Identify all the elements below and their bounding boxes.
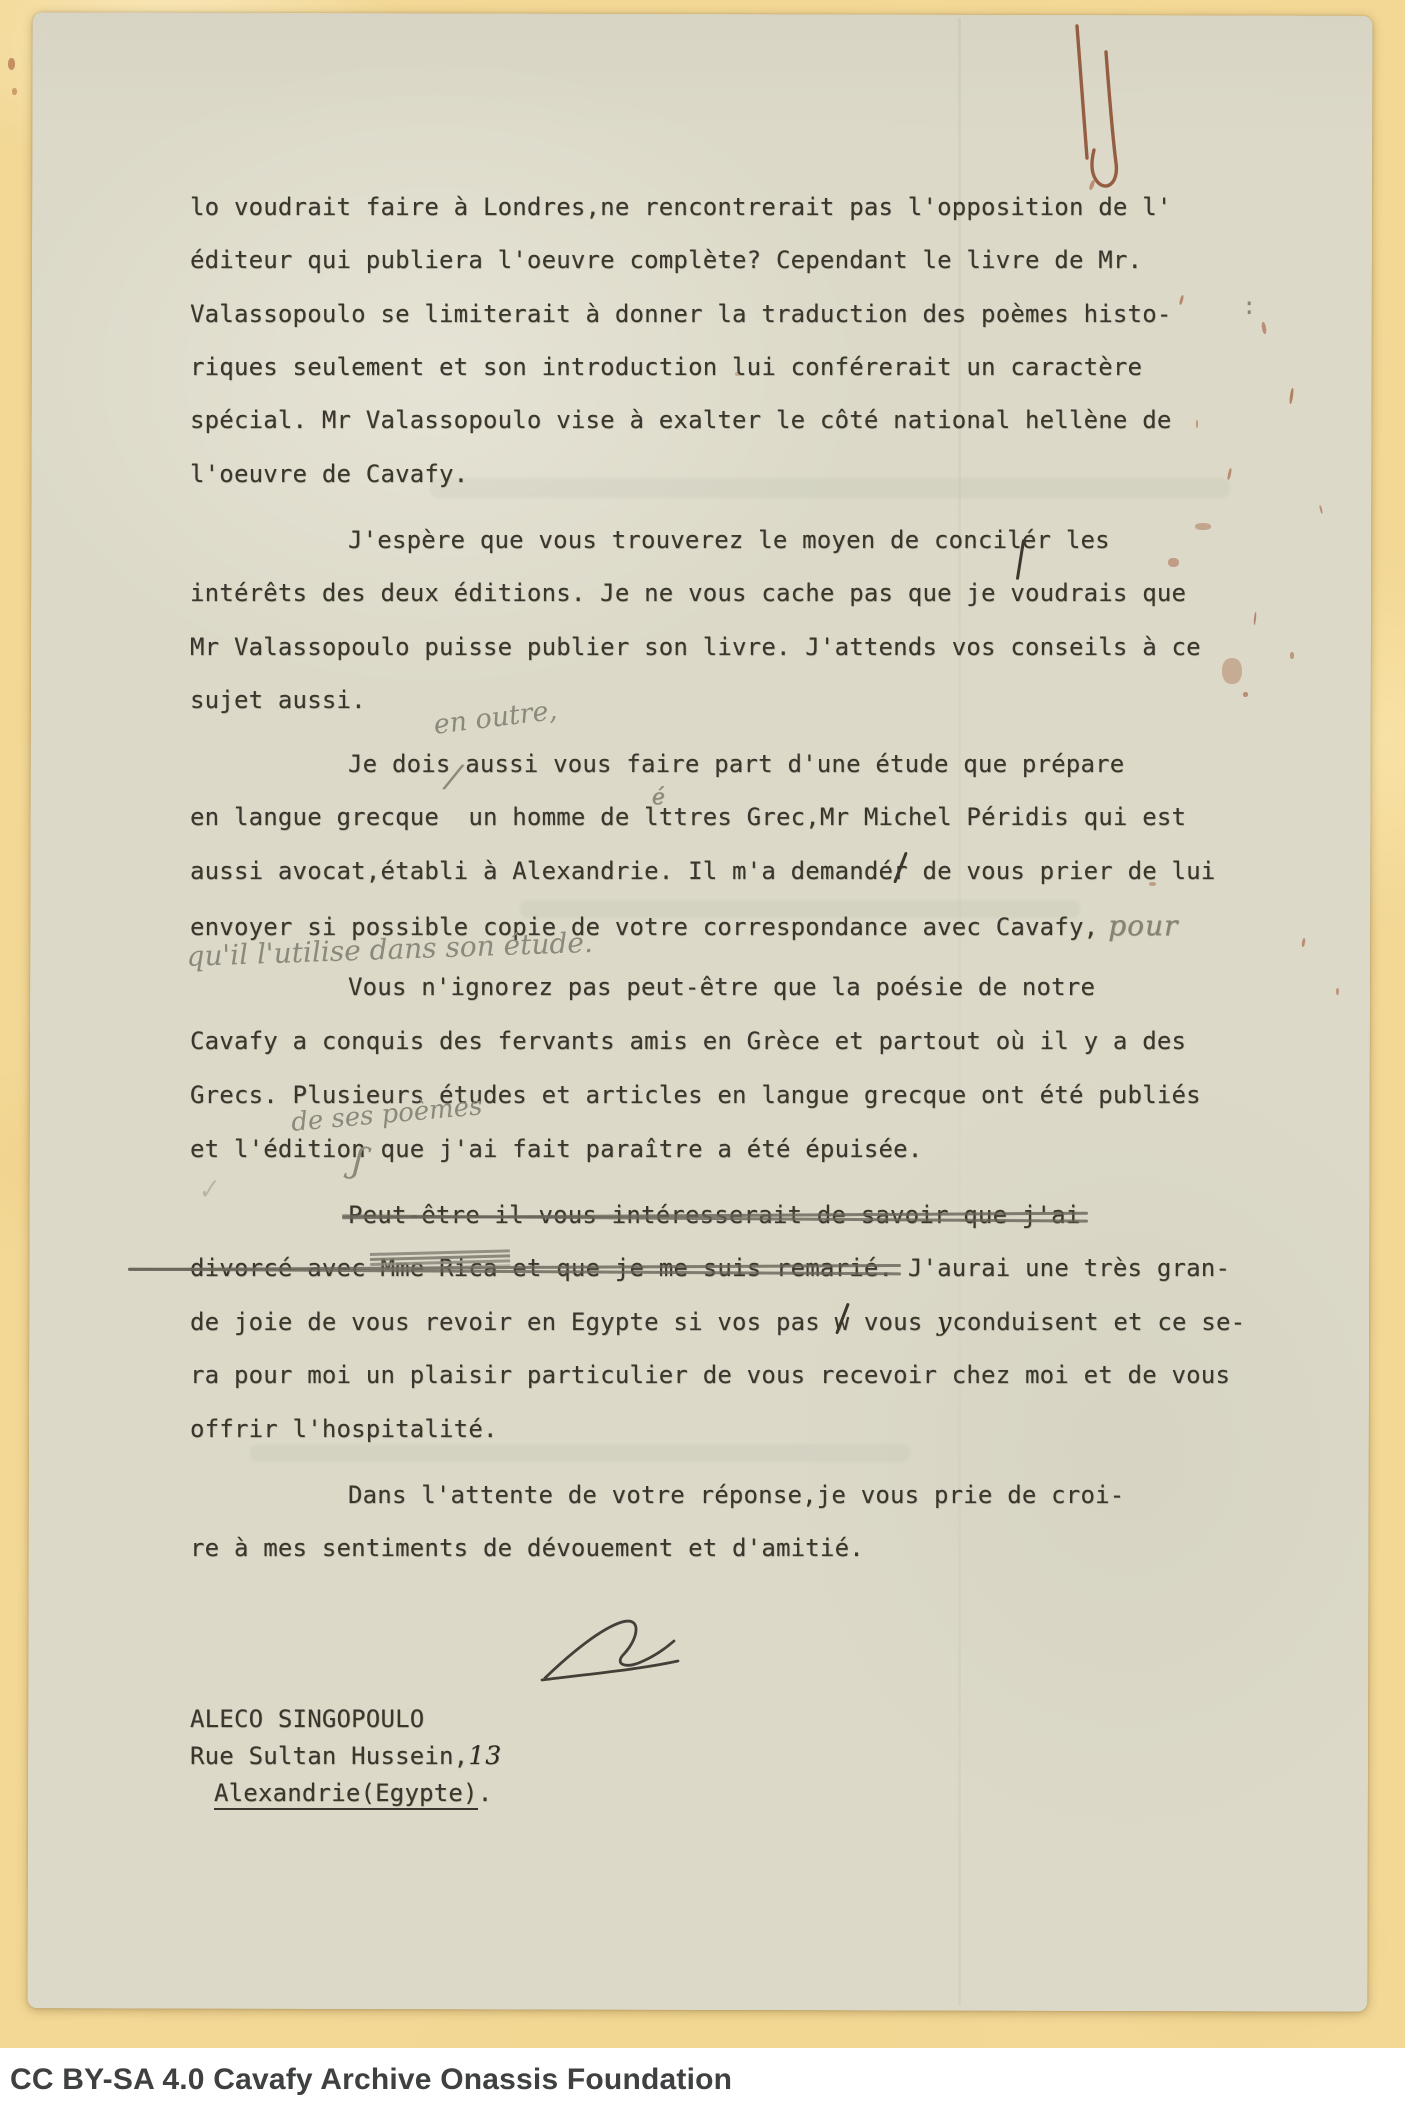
letter-line: éditeur qui publiera l'oeuvre complète? …: [190, 245, 1142, 275]
typed-text: riques seulement et son introduction lui…: [190, 353, 1142, 381]
letter-line: ALECO SINGOPOULO: [190, 1704, 424, 1734]
typed-text: lo voudrait faire à Londres,ne rencontre…: [190, 193, 1172, 221]
letter-line: spécial. Mr Valassopoulo vise à exalter …: [190, 405, 1172, 435]
typed-text-hwink: 13: [468, 1741, 502, 1770]
letter-line: offrir l'hospitalité.: [190, 1414, 498, 1444]
typed-text: ér les: [1022, 526, 1110, 554]
letter-line: J'espère que vous trouverez le moyen de …: [348, 525, 1110, 555]
typed-text: l'oeuvre de Cavafy.: [190, 460, 468, 488]
rust-stain: [1243, 692, 1248, 697]
letter-line: Dans l'attente de votre réponse,je vous …: [348, 1480, 1124, 1510]
typed-text: Valassopoulo se limiterait à donner la t…: [190, 300, 1172, 328]
typed-text: Mr Valassopoulo puisse publier son livre…: [190, 633, 1201, 661]
typed-text: ALECO SINGOPOULO: [190, 1705, 424, 1733]
typed-text: Vous n'ignorez pas peut-être que la poés…: [348, 973, 1095, 1001]
typed-text-hwink: y: [937, 1307, 952, 1336]
letter-line: divorcé avec Mme Rica et que je me suis …: [190, 1253, 1230, 1283]
typed-text: J'espère que vous trouverez le moyen de …: [348, 526, 1022, 554]
typed-text-struck: Peut-être il vous intéresserait de savoi…: [348, 1201, 1080, 1229]
letter-line: Rue Sultan Hussein,13: [190, 1741, 502, 1771]
rust-stain: [1290, 652, 1294, 659]
typed-text: éditeur qui publiera l'oeuvre complète? …: [190, 246, 1142, 274]
license-footer: CC BY-SA 4.0 Cavafy Archive Onassis Foun…: [0, 2048, 1405, 2112]
typed-text: .: [478, 1779, 493, 1807]
typed-text: intérêts des deux éditions. Je ne vous c…: [190, 579, 1186, 607]
typed-text: aussi avocat,établi à Alexandrie. Il m'a…: [190, 857, 893, 885]
letter-line: re à mes sentiments de dévouement et d'a…: [190, 1533, 864, 1563]
typed-text: ra pour moi un plaisir particulier de vo…: [190, 1361, 1230, 1389]
letter-line: Valassopoulo se limiterait à donner la t…: [190, 299, 1172, 329]
typed-text: en langue grecque un homme de l: [190, 803, 659, 831]
letter-line: Vous n'ignorez pas peut-être que la poés…: [348, 972, 1095, 1002]
typed-text: de vous prier de lui: [908, 857, 1216, 885]
letter-line: de joie de vous revoir en Egypte si vos …: [190, 1307, 1245, 1337]
bleedthrough-band: [250, 1444, 910, 1462]
typed-text: spécial. Mr Valassopoulo vise à exalter …: [190, 406, 1172, 434]
typed-text: re à mes sentiments de dévouement et d'a…: [190, 1534, 864, 1562]
typed-text: Je dois aussi vous faire part d'une étud…: [348, 750, 1124, 778]
bleedthrough-band: [430, 478, 1230, 498]
typed-text-u: Alexandrie(Egypte): [214, 1779, 478, 1810]
letter-line: Peut-être il vous intéresserait de savoi…: [348, 1200, 1080, 1230]
typed-text-hw: pour: [1098, 909, 1178, 942]
typed-text: J'aurai une très gran-: [893, 1254, 1230, 1282]
rust-stain: [8, 58, 15, 70]
typed-text: vous: [849, 1308, 937, 1336]
letter-line: et l'édition que j'ai fait paraître a ét…: [190, 1134, 922, 1164]
rust-stain: [1195, 523, 1211, 530]
rust-stain: [1222, 658, 1242, 684]
typed-text: offrir l'hospitalité.: [190, 1415, 498, 1443]
letter-line: aussi avocat,établi à Alexandrie. Il m'a…: [190, 856, 1215, 886]
letter-line: Alexandrie(Egypte).: [214, 1778, 492, 1808]
letter-line: Cavafy a conquis des fervants amis en Gr…: [190, 1026, 1186, 1056]
typed-text: Cavafy a conquis des fervants amis en Gr…: [190, 1027, 1186, 1055]
letter-line: riques seulement et son introduction lui…: [190, 352, 1142, 382]
letter-line: sujet aussi.: [190, 685, 366, 715]
typed-text-struckx: divorcé avec Mme Rica et que je me suis …: [190, 1254, 893, 1282]
typed-text-slashed: w: [835, 1307, 850, 1337]
typed-text: ttres Grec,Mr Michel Péridis qui est: [659, 803, 1186, 831]
rust-stain: [1336, 988, 1339, 995]
typed-text-slashed: r: [893, 856, 908, 886]
typed-text: conduisent et ce se-: [952, 1308, 1245, 1336]
license-text: CC BY-SA 4.0 Cavafy Archive Onassis Foun…: [10, 2048, 732, 2112]
letter-line: ra pour moi un plaisir particulier de vo…: [190, 1360, 1230, 1390]
letter-line: en langue grecque un homme de léttres Gr…: [190, 802, 1186, 832]
typed-text: et l'édition que j'ai fait paraître a ét…: [190, 1135, 922, 1163]
scan-canvas: lo voudrait faire à Londres,ne rencontre…: [0, 0, 1405, 2112]
letter-line: Mr Valassopoulo puisse publier son livre…: [190, 632, 1201, 662]
typed-text: Dans l'attente de votre réponse,je vous …: [348, 1481, 1124, 1509]
letter-line: lo voudrait faire à Londres,ne rencontre…: [190, 192, 1172, 222]
pencil-annotation: :: [1242, 292, 1256, 320]
letter-line: l'oeuvre de Cavafy.: [190, 459, 468, 489]
rust-stain: [1168, 558, 1179, 567]
typed-text: de joie de vous revoir en Egypte si vos …: [190, 1308, 835, 1336]
letter-line: Je dois aussi vous faire part d'une étud…: [348, 749, 1124, 779]
typed-text: sujet aussi.: [190, 686, 366, 714]
letter-line: intérêts des deux éditions. Je ne vous c…: [190, 578, 1186, 608]
rust-stain: [1196, 420, 1198, 428]
typed-text: Rue Sultan Hussein,: [190, 1742, 468, 1770]
rust-stain: [12, 88, 17, 95]
